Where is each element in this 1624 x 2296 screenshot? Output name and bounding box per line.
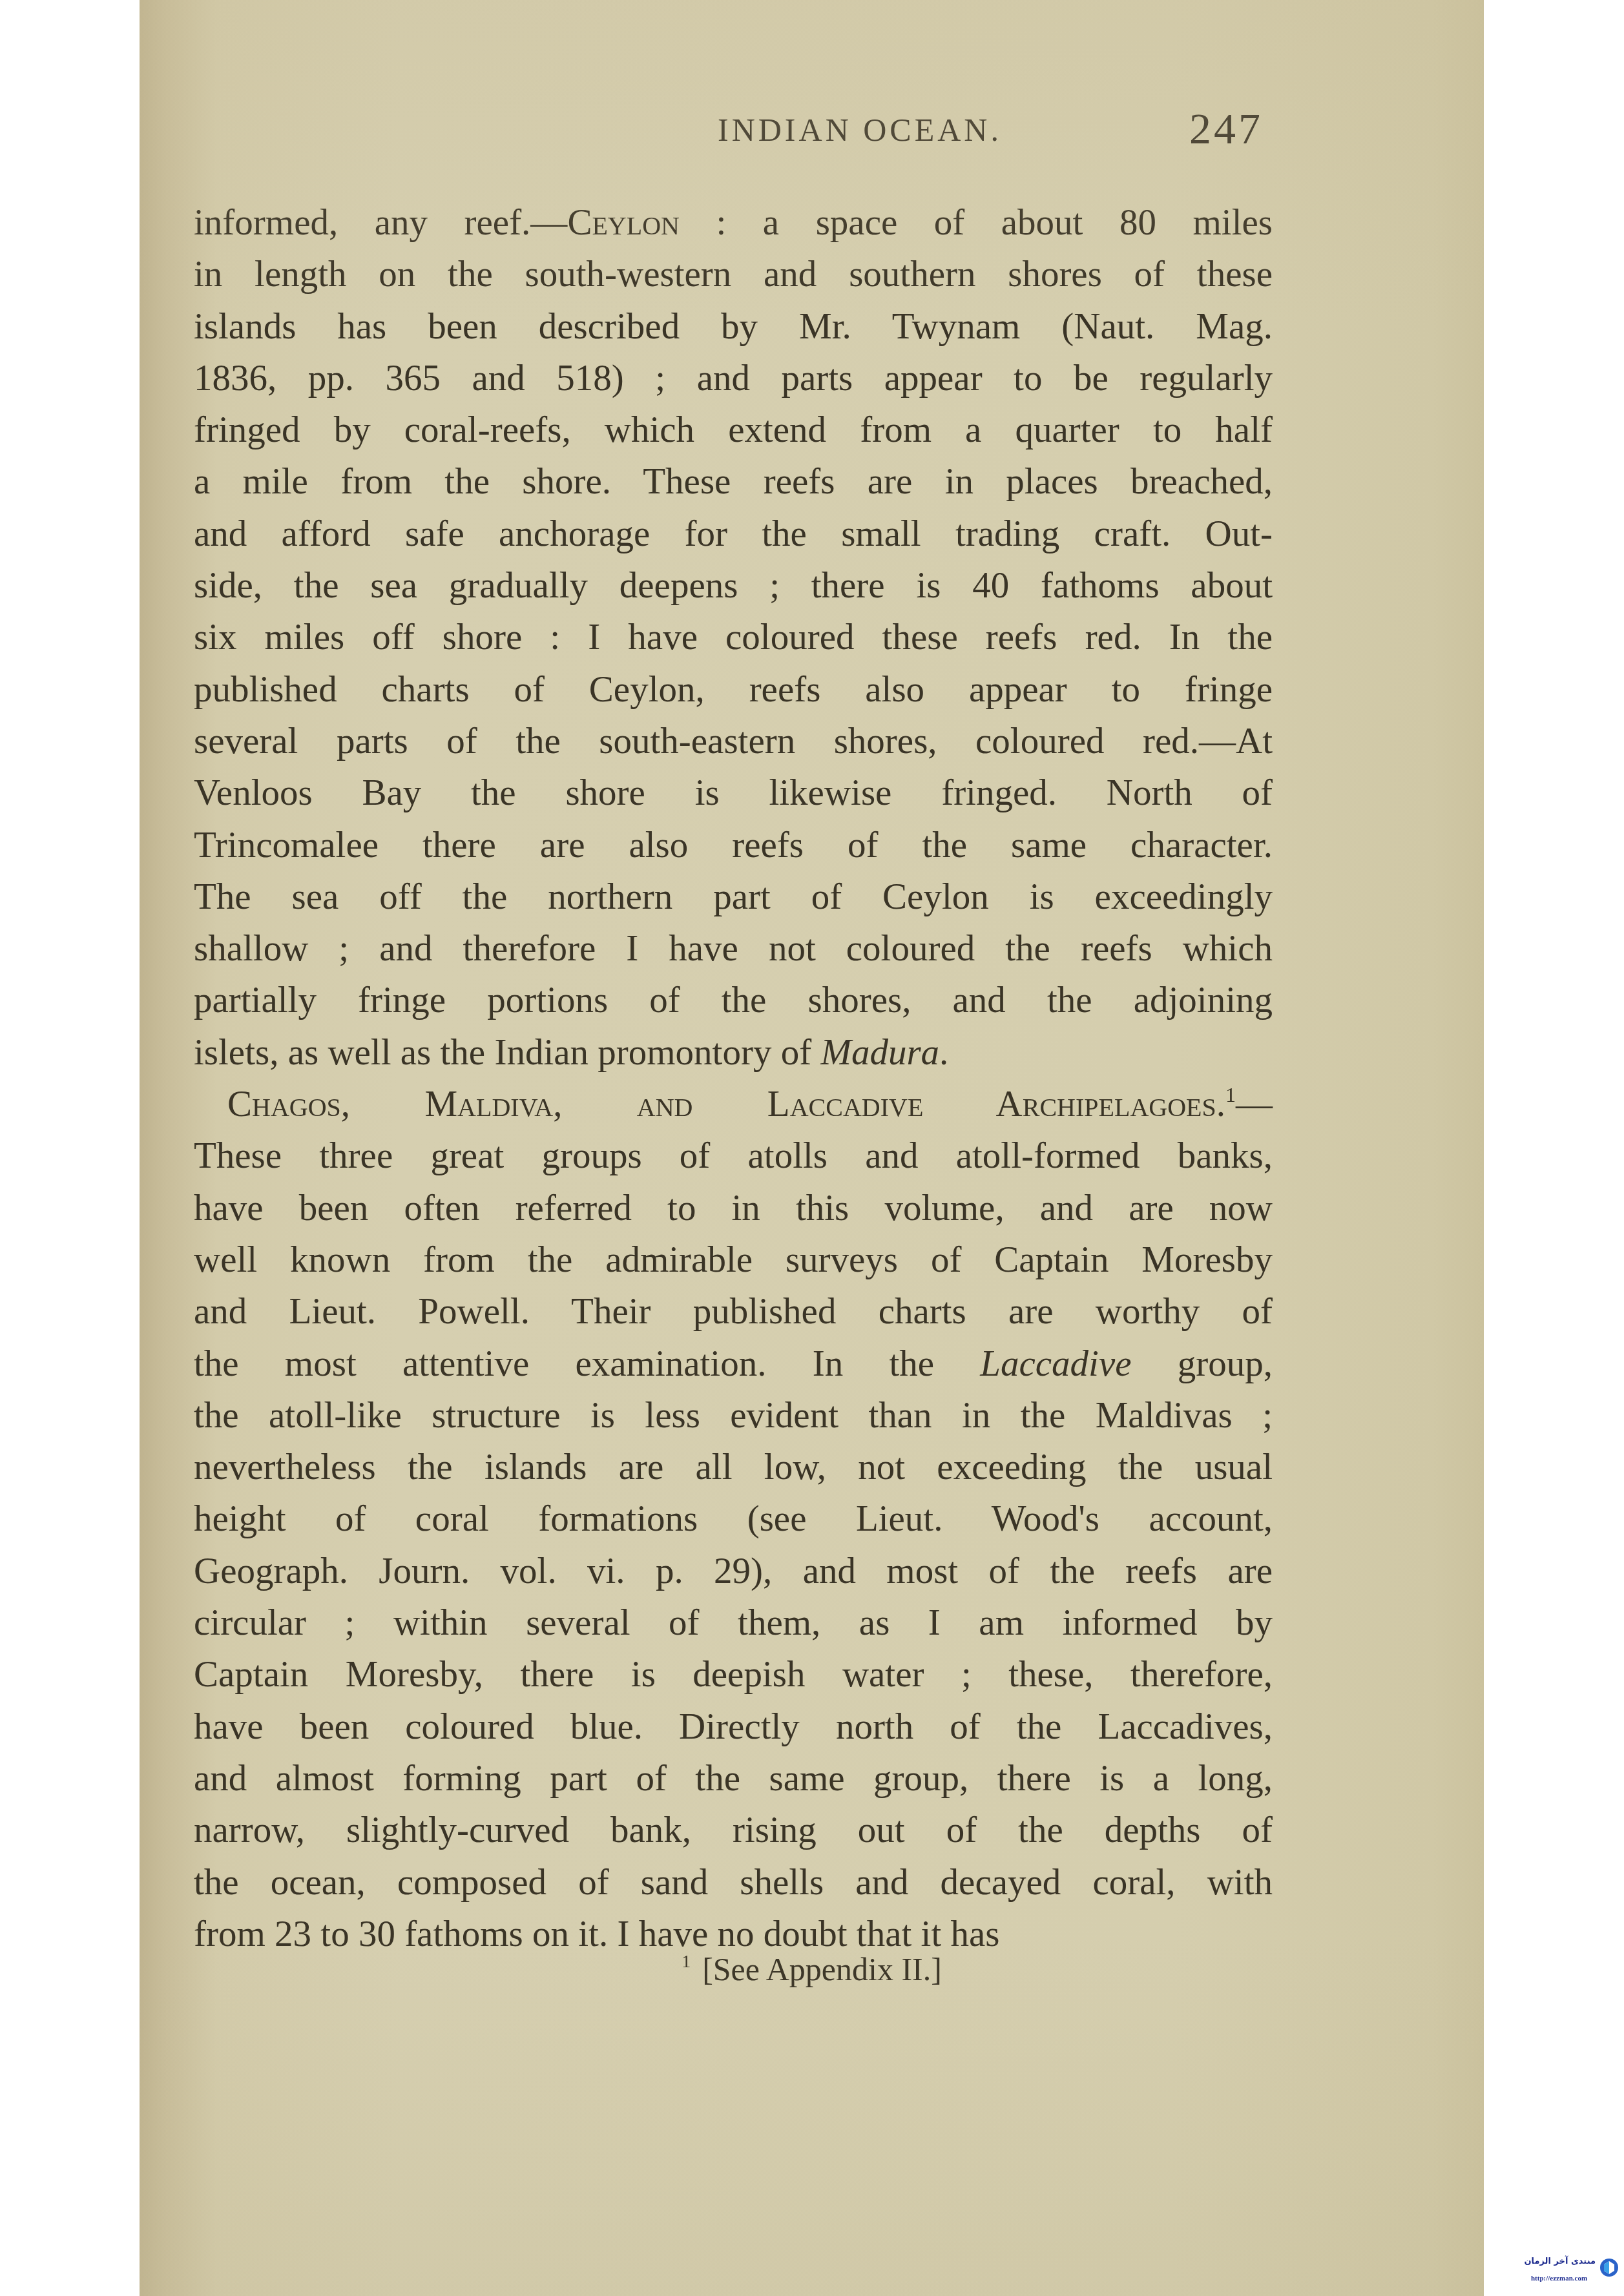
watermark-url[interactable]: http://ezzman.com: [1531, 2275, 1587, 2282]
text-run: : a space of about 80 miles: [680, 202, 1273, 243]
ceylon-paragraph-line: informed, any reef.—Ceylon : a space of …: [194, 197, 1273, 249]
footnote-marker: 1: [682, 1952, 691, 1972]
ceylon-paragraph-line: in length on the south-western and south…: [194, 249, 1273, 300]
text-run: circular ; within several of them, as I …: [194, 1602, 1273, 1643]
ceylon-paragraph-line: partially fringe portions of the shores,…: [194, 975, 1273, 1026]
text-run: a mile from the shore. These reefs are i…: [194, 461, 1273, 502]
running-head-title: INDIAN OCEAN.: [718, 111, 1002, 149]
ceylon-paragraph-line: six miles off shore : I have coloured th…: [194, 612, 1273, 663]
text-run: and Lieut. Powell. Their published chart…: [194, 1291, 1273, 1332]
running-head: INDIAN OCEAN. 247: [140, 103, 1484, 155]
chagos-paragraph-line: Captain Moresby, there is deepish water …: [194, 1649, 1273, 1701]
text-run: side, the sea gradually deepens ; there …: [194, 565, 1273, 606]
ceylon-paragraph-line: fringed by coral-reefs, which extend fro…: [194, 404, 1273, 456]
chagos-paragraph-line: and Lieut. Powell. Their published chart…: [194, 1286, 1273, 1338]
text-run: well known from the admirable surveys of…: [194, 1239, 1273, 1280]
chagos-paragraph-line: and almost forming part of the same grou…: [194, 1753, 1273, 1805]
chagos-paragraph-line: Geograph. Journ. vol. vi. p. 29), and mo…: [194, 1546, 1273, 1597]
text-run: These three great groups of atolls and a…: [194, 1135, 1273, 1176]
text-run: partially fringe portions of the shores,…: [194, 980, 1273, 1020]
text-run: .: [939, 1032, 948, 1073]
text-run: from 23 to 30 fathoms on it. I have no d…: [194, 1914, 1000, 1954]
footnote-reference: 1: [1225, 1083, 1236, 1106]
chagos-paragraph-line: the atoll-like structure is less evident…: [194, 1390, 1273, 1442]
text-run: —: [1236, 1084, 1273, 1124]
watermark-arabic-text: منتدى آخر الزمان: [1525, 2257, 1596, 2266]
text-run: group,: [1132, 1343, 1273, 1384]
text-run: informed, any reef.—: [194, 202, 567, 243]
small-caps-heading: Chagos, Maldiva, and Laccadive Archipela…: [227, 1084, 1225, 1124]
text-run: have been often referred to in this volu…: [194, 1188, 1273, 1228]
text-run: have been coloured blue. Directly north …: [194, 1706, 1273, 1747]
ceylon-paragraph-line: Venloos Bay the shore is likewise fringe…: [194, 767, 1273, 819]
text-run: fringed by coral-reefs, which extend fro…: [194, 409, 1273, 450]
text-run: the most attentive examination. In the: [194, 1343, 980, 1384]
text-run: islands has been described by Mr. Twynam…: [194, 306, 1273, 347]
chagos-paragraph-line: have been often referred to in this volu…: [194, 1183, 1273, 1234]
chagos-paragraph-line: circular ; within several of them, as I …: [194, 1597, 1273, 1649]
text-run: height of coral formations (see Lieut. W…: [194, 1498, 1273, 1539]
text-run: shallow ; and therefore I have not colou…: [194, 928, 1273, 969]
text-run: published charts of Ceylon, reefs also a…: [194, 669, 1273, 710]
text-run: Geograph. Journ. vol. vi. p. 29), and mo…: [194, 1551, 1273, 1591]
ceylon-paragraph-line: side, the sea gradually deepens ; there …: [194, 560, 1273, 612]
text-run: narrow, slightly-curved bank, rising out…: [194, 1810, 1273, 1850]
chagos-paragraph-line: the most attentive examination. In the L…: [194, 1338, 1273, 1390]
text-run: the atoll-like structure is less evident…: [194, 1395, 1273, 1436]
text-run: islets, as well as the Indian promontory…: [194, 1032, 820, 1073]
text-run: nevertheless the islands are all low, no…: [194, 1447, 1273, 1487]
ceylon-paragraph-line: islands has been described by Mr. Twynam…: [194, 301, 1273, 353]
text-run: in length on the south-western and south…: [194, 254, 1273, 295]
ceylon-paragraph-line: published charts of Ceylon, reefs also a…: [194, 664, 1273, 716]
page-number: 247: [1189, 103, 1263, 154]
chagos-paragraph-line: have been coloured blue. Directly north …: [194, 1701, 1273, 1753]
chagos-paragraph-line: narrow, slightly-curved bank, rising out…: [194, 1805, 1273, 1856]
hexagon-logo-icon: [1599, 2258, 1619, 2277]
text-run: and almost forming part of the same grou…: [194, 1758, 1273, 1799]
italic-text: Madura: [820, 1032, 939, 1073]
italic-text: Laccadive: [980, 1343, 1131, 1384]
text-run: several parts of the south-eastern shore…: [194, 721, 1273, 761]
ceylon-paragraph-line: a mile from the shore. These reefs are i…: [194, 456, 1273, 508]
ceylon-paragraph-line: The sea off the northern part of Ceylon …: [194, 871, 1273, 923]
chagos-paragraph-line: nevertheless the islands are all low, no…: [194, 1442, 1273, 1493]
body-text: informed, any reef.—Ceylon : a space of …: [194, 197, 1273, 1960]
text-run: Trincomalee there are also reefs of the …: [194, 825, 1273, 865]
footnote-text: [See Appendix II.]: [702, 1951, 942, 1987]
text-run: Captain Moresby, there is deepish water …: [194, 1654, 1273, 1695]
text-run: six miles off shore : I have coloured th…: [194, 617, 1273, 657]
ceylon-paragraph-line: islets, as well as the Indian promontory…: [194, 1027, 1273, 1079]
footnote: 1[See Appendix II.]: [140, 1950, 1484, 1988]
chagos-paragraph-line: Chagos, Maldiva, and Laccadive Archipela…: [194, 1079, 1273, 1130]
text-run: and afford safe anchorage for the small …: [194, 513, 1273, 554]
text-run: the ocean, composed of sand shells and d…: [194, 1862, 1273, 1903]
ceylon-paragraph-line: and afford safe anchorage for the small …: [194, 508, 1273, 560]
text-run: 1836, pp. 365 and 518) ; and parts appea…: [194, 358, 1273, 398]
chagos-paragraph-line: These three great groups of atolls and a…: [194, 1130, 1273, 1182]
ceylon-paragraph-line: Trincomalee there are also reefs of the …: [194, 820, 1273, 871]
chagos-paragraph-line: well known from the admirable surveys of…: [194, 1234, 1273, 1286]
ceylon-paragraph-line: shallow ; and therefore I have not colou…: [194, 923, 1273, 975]
small-caps-heading: Ceylon: [567, 202, 680, 243]
watermark-logo[interactable]: منتدى آخر الزمان http://ezzman.com: [1497, 2254, 1624, 2296]
ceylon-paragraph-line: 1836, pp. 365 and 518) ; and parts appea…: [194, 353, 1273, 404]
chagos-paragraph-line: height of coral formations (see Lieut. W…: [194, 1493, 1273, 1545]
text-run: Venloos Bay the shore is likewise fringe…: [194, 772, 1273, 813]
ceylon-paragraph-line: several parts of the south-eastern shore…: [194, 716, 1273, 767]
chagos-paragraph-line: the ocean, composed of sand shells and d…: [194, 1857, 1273, 1908]
text-run: The sea off the northern part of Ceylon …: [194, 876, 1273, 917]
book-page: INDIAN OCEAN. 247 informed, any reef.—Ce…: [140, 0, 1484, 2296]
